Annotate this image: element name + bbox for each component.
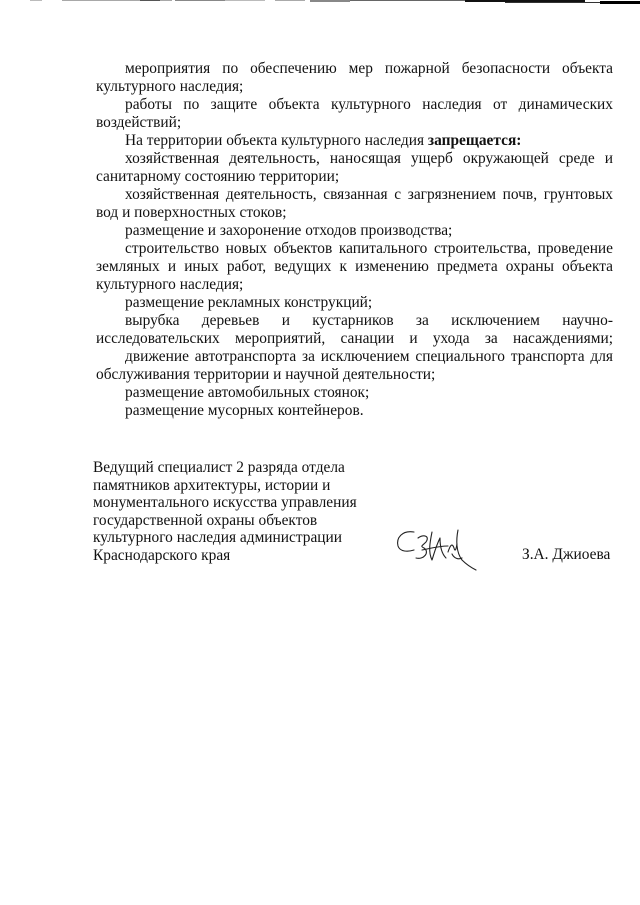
position-line: Краснодарского края — [93, 547, 393, 565]
paragraph-vehicle-traffic: движение автотранспорта за исключением с… — [96, 348, 613, 384]
paragraph-dynamic-protection: работы по защите объекта культурного нас… — [96, 96, 613, 132]
position-line: государственной охраны объектов — [93, 512, 393, 530]
scan-edge-artifact — [0, 0, 640, 4]
position-line: памятников архитектуры, истории и — [93, 477, 393, 495]
paragraph-construction: строительство новых объектов капитальног… — [96, 240, 613, 294]
handwritten-signature-icon — [392, 524, 484, 576]
signer-position: Ведущий специалист 2 разряда отдела памя… — [93, 459, 393, 565]
paragraph-garbage-containers: размещение мусорных контейнеров. — [96, 402, 613, 420]
paragraph-economic-damage: хозяйственная деятельность, наносящая ущ… — [96, 150, 613, 186]
paragraph-parking: размещение автомобильных стоянок; — [96, 384, 613, 402]
position-line: монументального искусства управления — [93, 494, 393, 512]
signer-name: З.А. Джиоева — [522, 546, 610, 564]
paragraph-waste: размещение и захоронение отходов произво… — [96, 222, 613, 240]
paragraph-prohibited-heading: На территории объекта культурного наслед… — [96, 132, 613, 150]
paragraph-fire-safety: мероприятия по обеспечению мер пожарной … — [96, 60, 613, 96]
position-line: Ведущий специалист 2 разряда отдела — [93, 459, 393, 477]
paragraph-advertising: размещение рекламных конструкций; — [96, 294, 613, 312]
position-line: культурного наследия администрации — [93, 529, 393, 547]
prohibited-label: запрещается: — [428, 132, 522, 149]
paragraph-tree-cutting: вырубка деревьев и кустарников за исключ… — [96, 312, 613, 348]
paragraph-pollution: хозяйственная деятельность, связанная с … — [96, 186, 613, 222]
document-body: мероприятия по обеспечению мер пожарной … — [96, 60, 613, 420]
